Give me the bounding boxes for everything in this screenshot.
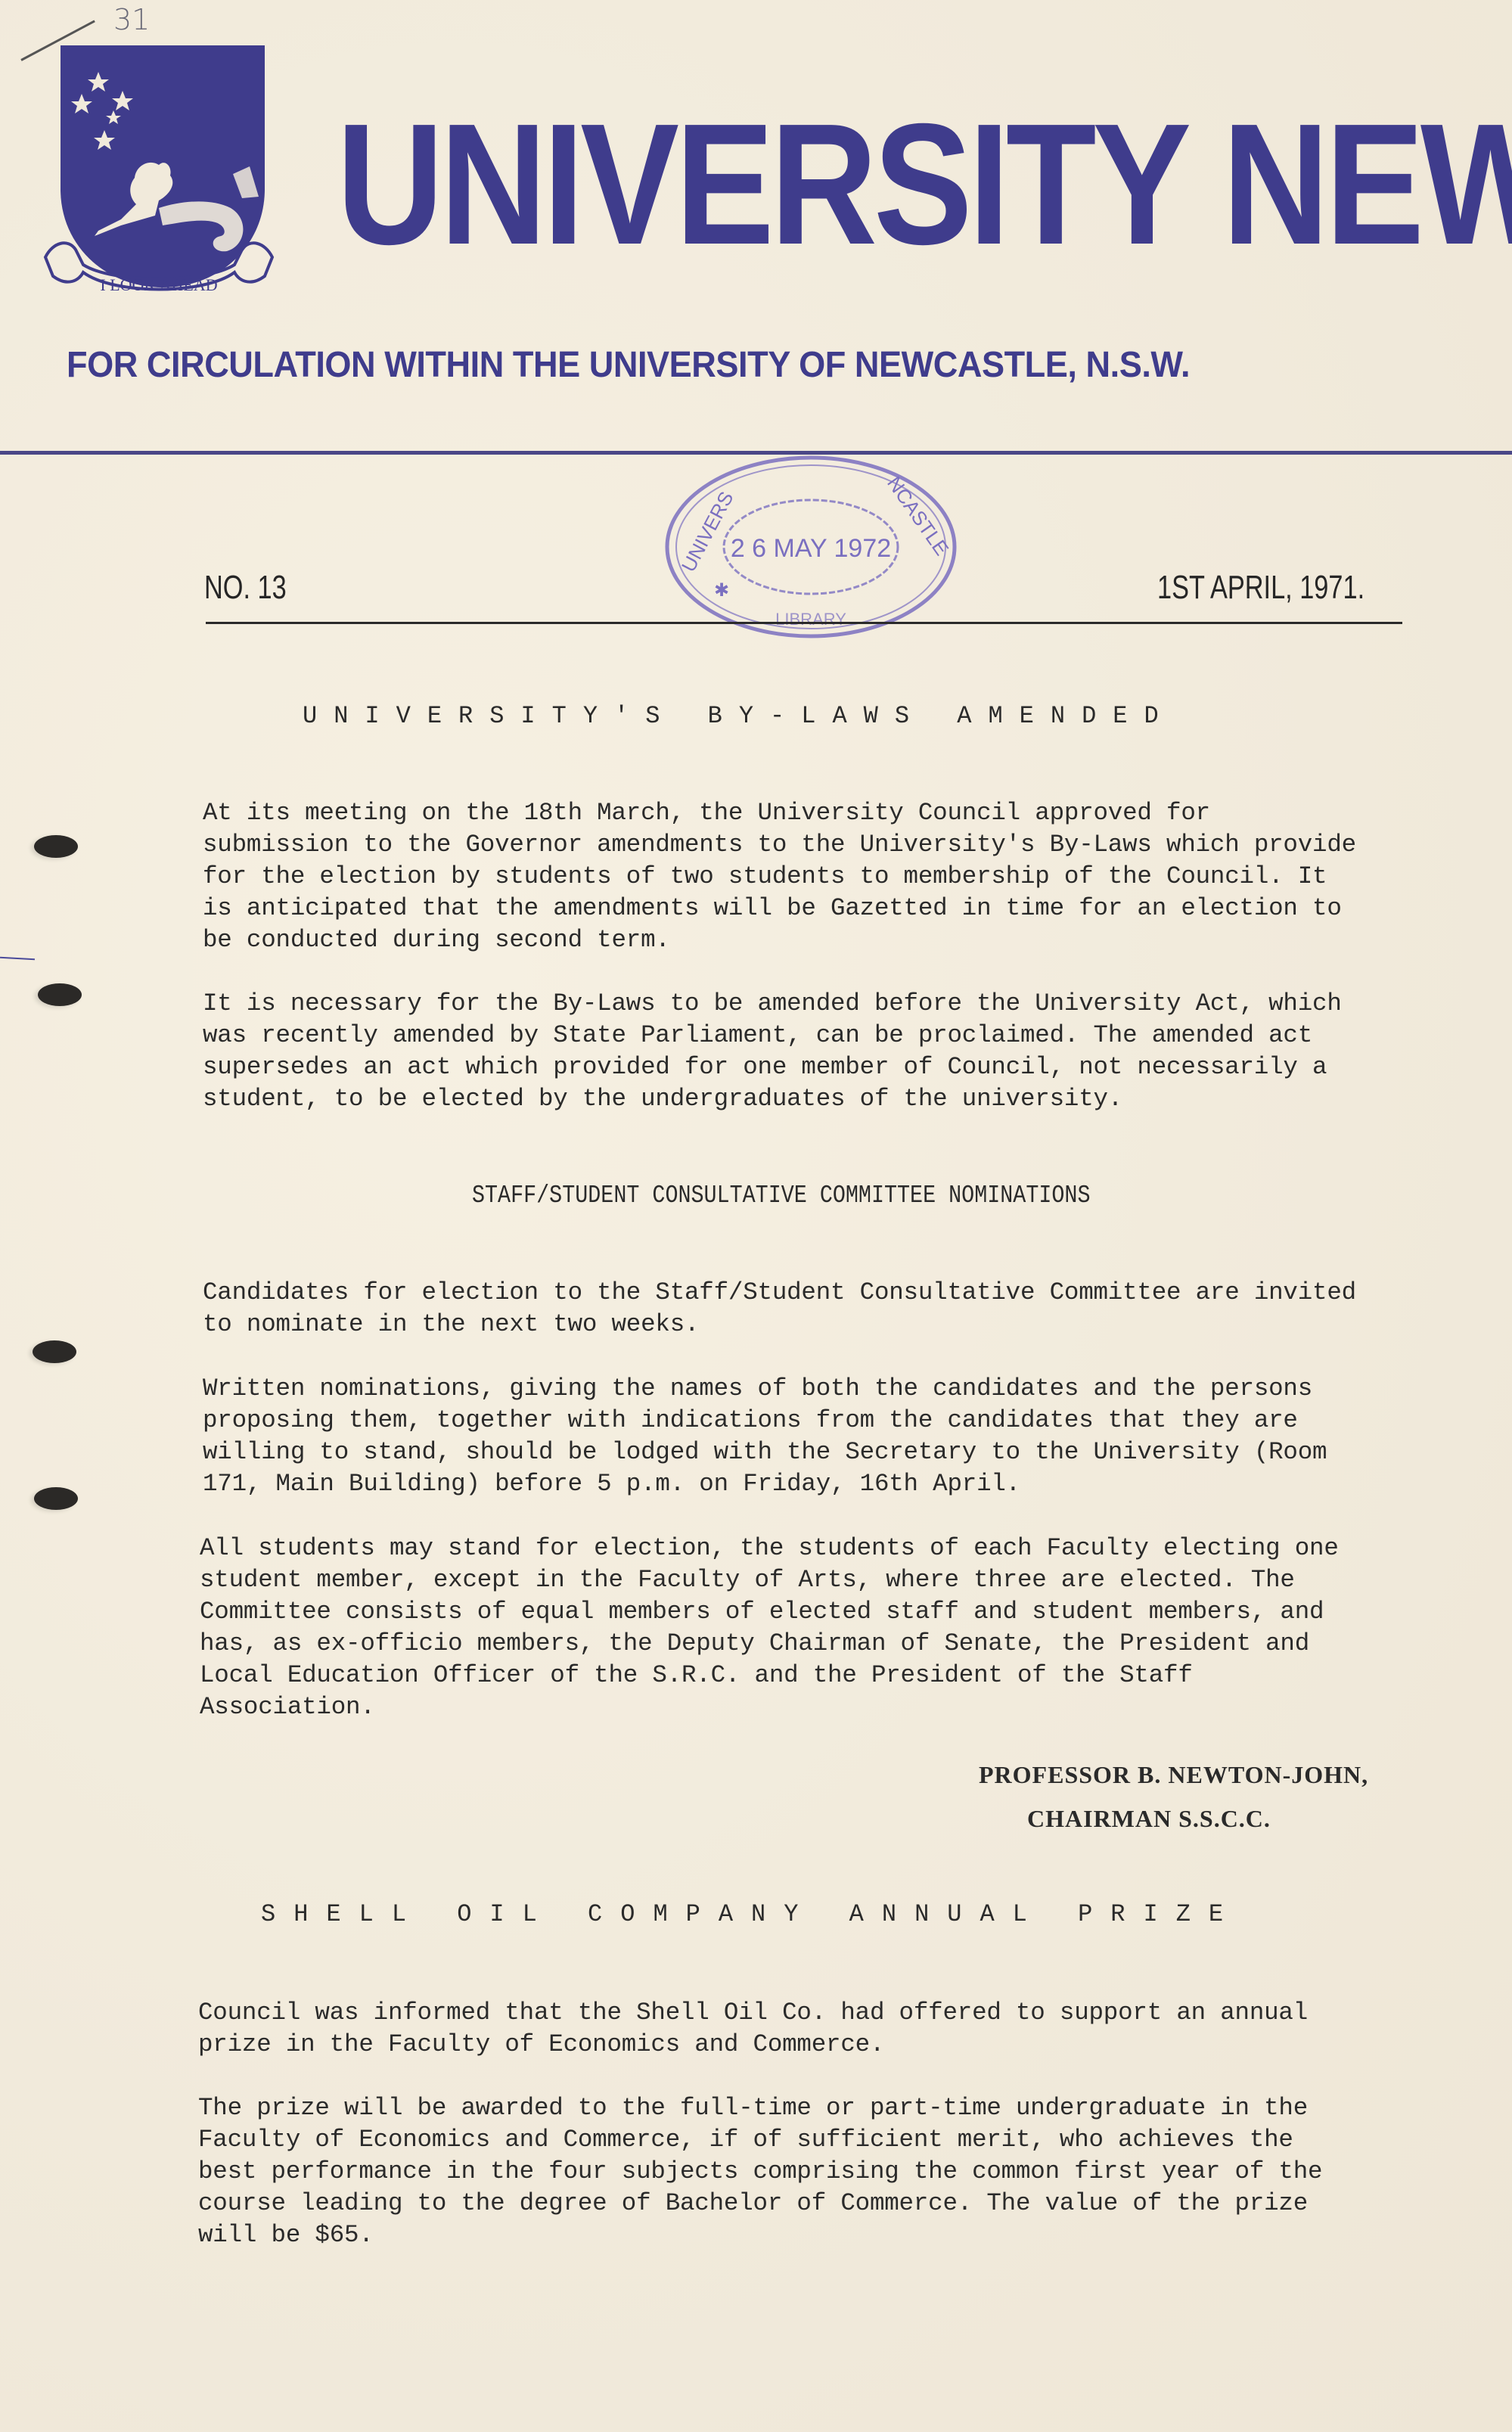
punch-hole <box>34 1487 78 1510</box>
svg-text:✱: ✱ <box>714 579 729 601</box>
article-paragraph: At its meeting on the 18th March, the Un… <box>203 797 1512 956</box>
issue-number: NO. 13 <box>204 569 287 607</box>
university-crest-icon: I LOOK AHEAD <box>23 38 295 310</box>
article-heading: UNIVERSITY'S BY-LAWS AMENDED <box>303 702 1175 730</box>
punch-hole <box>33 1340 76 1363</box>
article-paragraph: Council was informed that the Shell Oil … <box>198 1997 1512 2061</box>
article-paragraph: Candidates for election to the Staff/Stu… <box>203 1277 1512 1340</box>
masthead-title: UNIVERSITY NEWS <box>337 98 1512 271</box>
pen-mark <box>0 957 35 960</box>
article-paragraph: The prize will be awarded to the full-ti… <box>198 2092 1512 2251</box>
issue-date: 1ST APRIL, 1971. <box>1157 569 1365 607</box>
stamp-library: LIBRARY <box>775 610 846 629</box>
library-stamp-icon: 2 6 MAY 1972 LIBRARY UNIVERS NCASTLE ✱ <box>660 452 962 641</box>
stamp-date: 2 6 MAY 1972 <box>731 534 891 563</box>
signature-title: CHAIRMAN S.S.C.C. <box>1027 1805 1271 1833</box>
masthead-subtitle: FOR CIRCULATION WITHIN THE UNIVERSITY OF… <box>67 344 1190 386</box>
handwritten-number: 31 <box>113 3 150 36</box>
article-paragraph: Written nominations, giving the names of… <box>203 1373 1512 1500</box>
article-heading: SHELL OIL COMPANY ANNUAL PRIZE <box>261 1900 1241 1928</box>
article-paragraph: It is necessary for the By-Laws to be am… <box>203 988 1512 1115</box>
issue-divider <box>206 622 1402 624</box>
crest-motto: I LOOK AHEAD <box>100 275 217 294</box>
article-paragraph: All students may stand for election, the… <box>200 1533 1512 1723</box>
signature-name: PROFESSOR B. NEWTON-JOHN, <box>979 1761 1368 1789</box>
punch-hole <box>34 835 78 858</box>
punch-hole <box>38 983 82 1006</box>
article-heading: STAFF/STUDENT CONSULTATIVE COMMITTEE NOM… <box>472 1182 1090 1210</box>
